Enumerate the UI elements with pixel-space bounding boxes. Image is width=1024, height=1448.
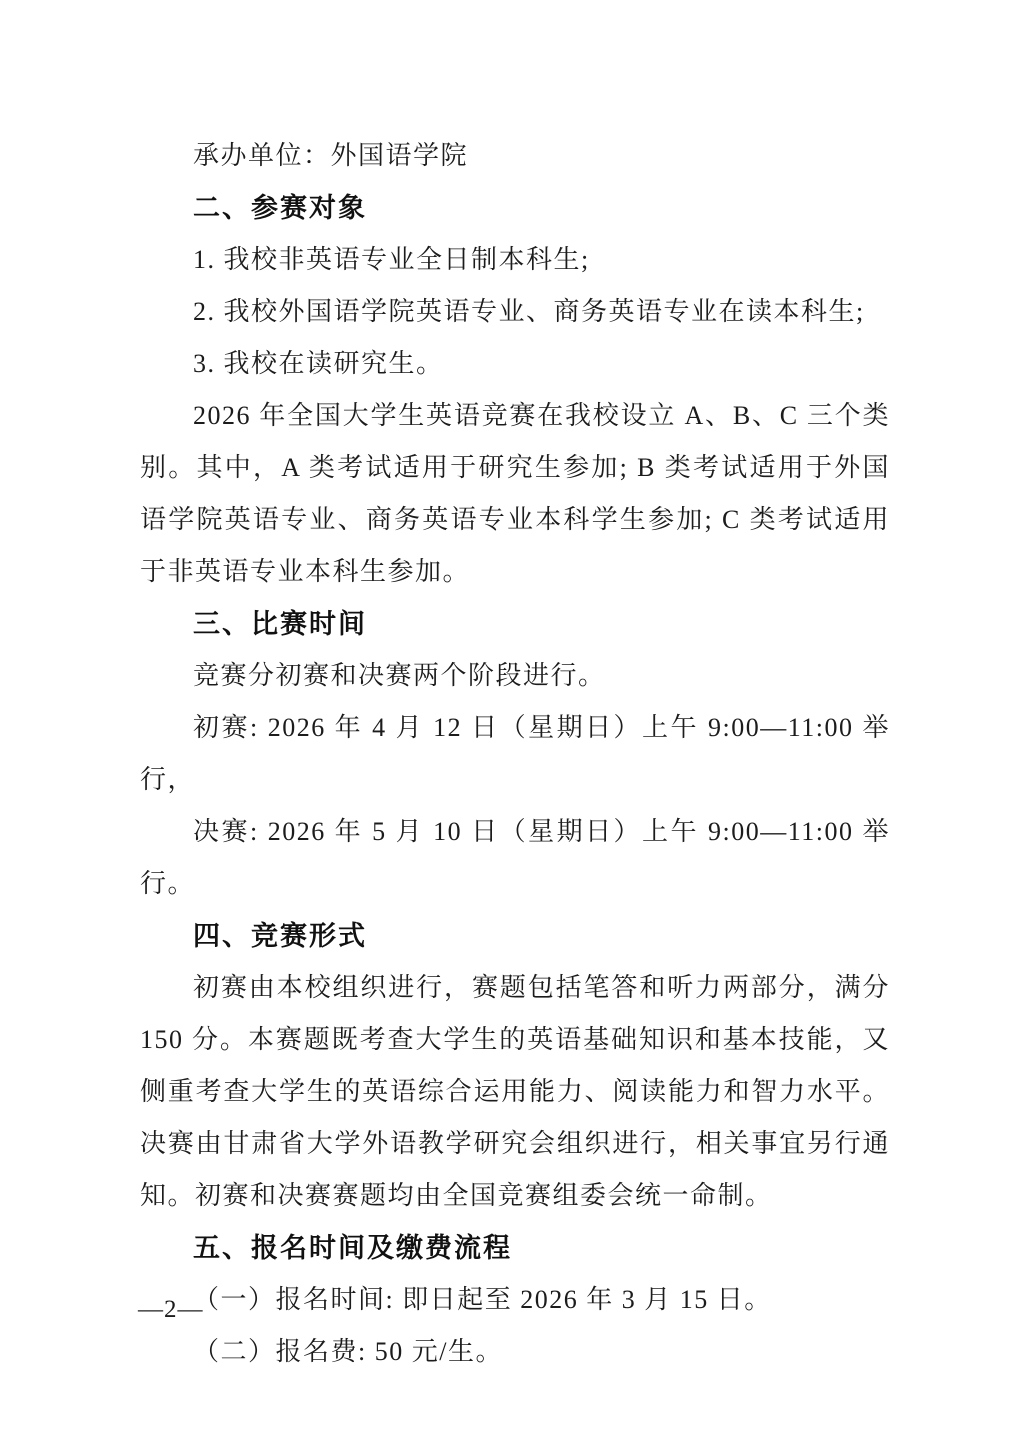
- registration-fee: （二）报名费: 50 元/生。: [140, 1326, 890, 1378]
- schedule-preliminary: 初赛: 2026 年 4 月 12 日（星期日）上午 9:00—11:00 举行…: [140, 702, 890, 806]
- eligibility-item-3: 3. 我校在读研究生。: [140, 338, 890, 390]
- document-page: 承办单位：外国语学院 二、参赛对象 1. 我校非英语专业全日制本科生; 2. 我…: [0, 0, 1024, 1448]
- organizer-line: 承办单位：外国语学院: [140, 130, 890, 182]
- heading-section-5: 五、报名时间及缴费流程: [140, 1222, 890, 1274]
- category-paragraph: 2026 年全国大学生英语竞赛在我校设立 A、B、C 三个类别。其中，A 类考试…: [140, 390, 890, 598]
- heading-section-2: 二、参赛对象: [140, 182, 890, 234]
- eligibility-item-2: 2. 我校外国语学院英语专业、商务英语专业在读本科生;: [140, 286, 890, 338]
- schedule-intro: 竞赛分初赛和决赛两个阶段进行。: [140, 650, 890, 702]
- heading-section-3: 三、比赛时间: [140, 598, 890, 650]
- schedule-final: 决赛: 2026 年 5 月 10 日（星期日）上午 9:00—11:00 举行…: [140, 806, 890, 910]
- document-body: 承办单位：外国语学院 二、参赛对象 1. 我校非英语专业全日制本科生; 2. 我…: [140, 130, 890, 1378]
- format-paragraph: 初赛由本校组织进行，赛题包括笔答和听力两部分，满分 150 分。本赛题既考查大学…: [140, 962, 890, 1222]
- registration-time: （一）报名时间: 即日起至 2026 年 3 月 15 日。: [140, 1274, 890, 1326]
- page-number: —2—: [138, 1292, 204, 1328]
- eligibility-item-1: 1. 我校非英语专业全日制本科生;: [140, 234, 890, 286]
- heading-section-4: 四、竞赛形式: [140, 910, 890, 962]
